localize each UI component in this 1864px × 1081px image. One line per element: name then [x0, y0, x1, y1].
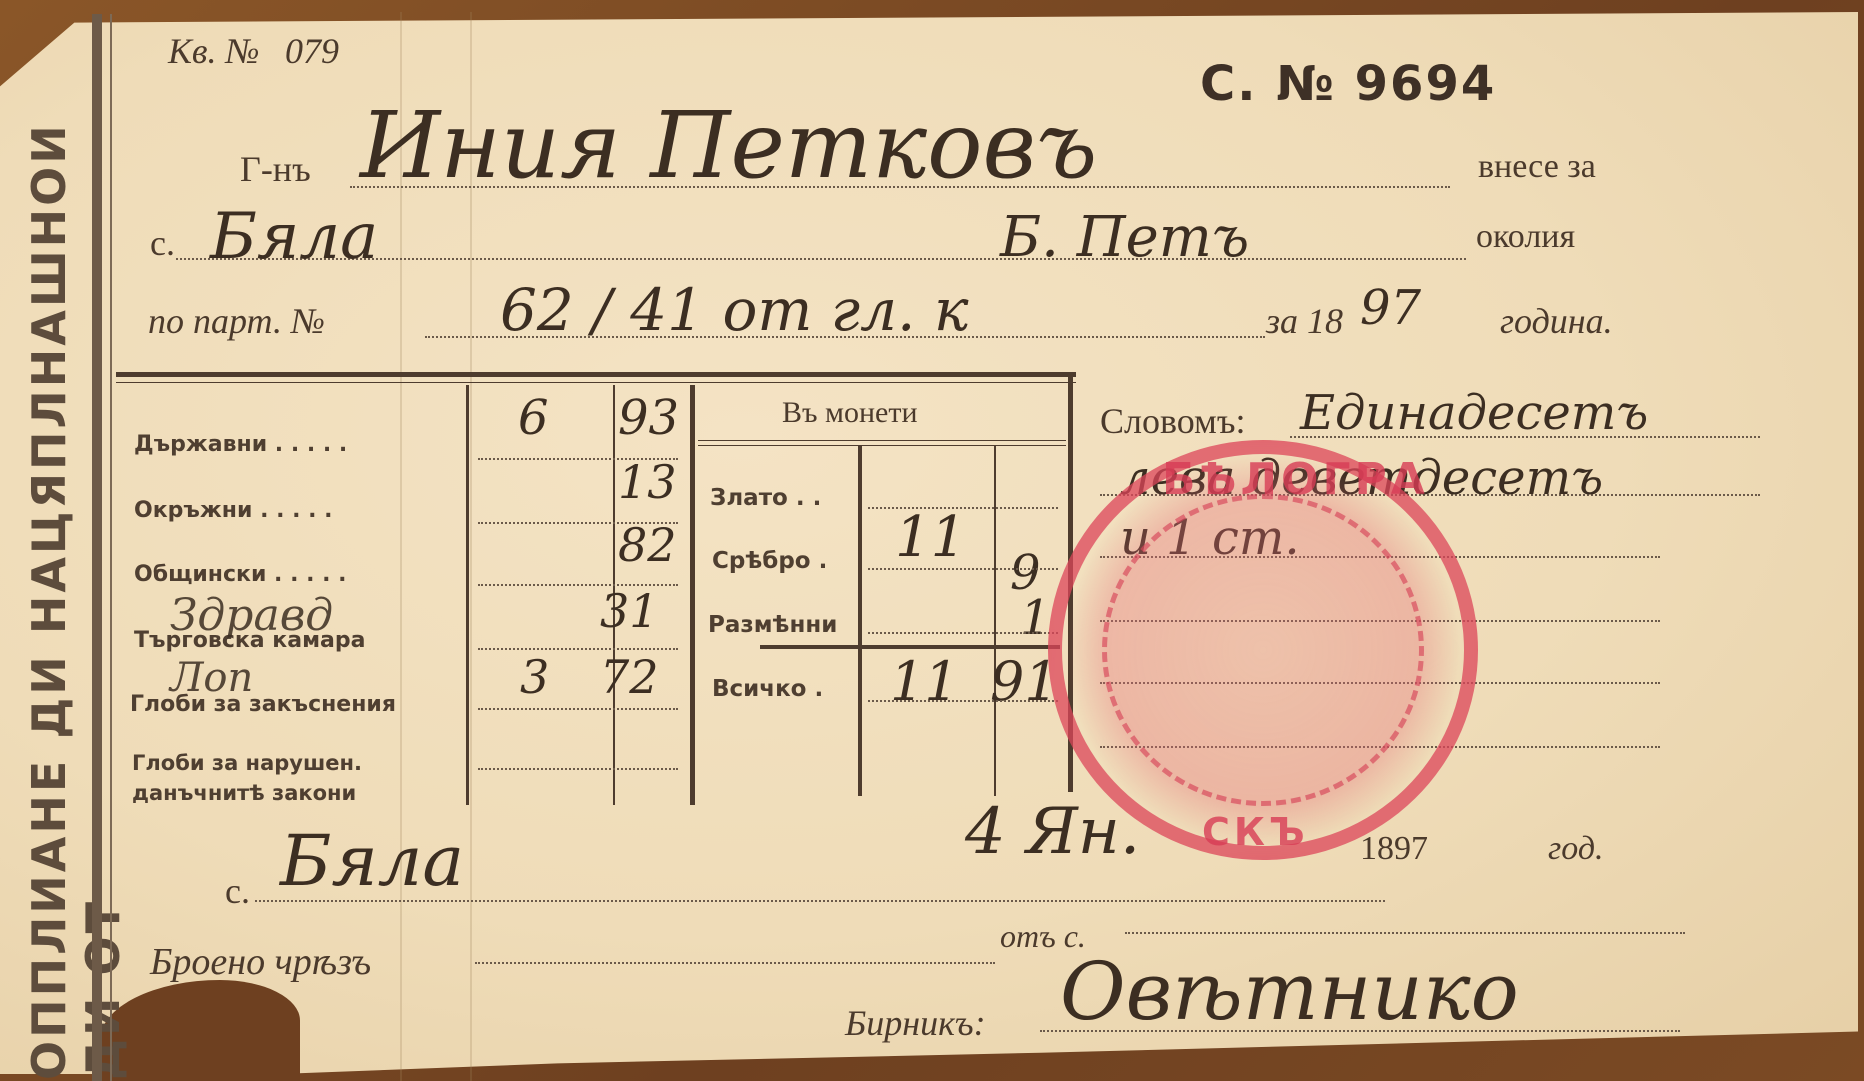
coin-row-stotinki: 1	[1020, 590, 1051, 646]
party-label: по парт. №	[148, 300, 325, 342]
coins-table-top	[695, 372, 1075, 377]
tax-row-line	[478, 708, 678, 710]
tax-row-stotinki: 13	[618, 455, 677, 509]
coins-column-divider	[994, 446, 996, 796]
receipt-number-label: Кв. №	[168, 30, 259, 72]
place-label: с.	[225, 870, 250, 912]
tax-row-label: Глоби за нарушен. данъчнитѣ закони	[132, 748, 452, 808]
coin-row-label: Срѣбро .	[712, 548, 827, 574]
receipt-number-value: 079	[285, 30, 339, 72]
tax-row-leva: 6	[518, 390, 549, 446]
counted-line	[475, 962, 995, 964]
serial-value: 9694	[1355, 56, 1497, 112]
counted-label: Броено чрѣзъ	[150, 940, 371, 984]
coin-row-leva: 11	[895, 505, 966, 570]
in-words-label: Словомъ:	[1100, 400, 1245, 442]
from-line	[1125, 932, 1685, 934]
coin-row-line	[868, 568, 1058, 570]
coin-row-label: Всичко .	[712, 676, 823, 702]
margin-note: Здравд	[170, 590, 333, 641]
margin-note: Лоп	[170, 655, 253, 701]
tax-row-stotinki: 82	[618, 518, 677, 572]
stub-border-thin	[110, 14, 112, 1081]
coins-header-rule	[698, 440, 1066, 446]
tax-row-stotinki: 93	[618, 390, 679, 446]
table-column-divider	[690, 385, 695, 805]
coin-row-line	[868, 632, 1058, 634]
serial-label: С. №	[1200, 56, 1336, 112]
in-words-line1: Единадесетъ	[1300, 385, 1648, 441]
coin-row-line	[868, 700, 1058, 702]
collector-signature: Овѣтнико	[1060, 945, 1519, 1038]
district-value: Б. Петъ	[1000, 205, 1249, 270]
collector-label: Бирникъ:	[845, 1002, 986, 1044]
seal-bottom-text: СКЪ	[1202, 810, 1309, 854]
tax-row-label: Общински . . . . .	[134, 562, 346, 587]
stub-border	[92, 14, 102, 1081]
table-top-border-thin	[116, 382, 1076, 383]
footer-year-suffix: год.	[1548, 830, 1604, 868]
payer-value: Иния Петковъ	[360, 92, 1097, 199]
coin-row-label: Размѣнни	[708, 612, 837, 638]
tax-row-leva: 3	[520, 650, 549, 704]
serial-number: С. № 9694	[1200, 56, 1496, 112]
coins-sum-rule	[760, 645, 1060, 649]
footer-year: 1897	[1360, 830, 1428, 868]
seal-inner-ring	[1102, 494, 1424, 806]
payer-suffix: внесе за	[1478, 148, 1596, 186]
date-value: 4 Ян.	[965, 795, 1140, 869]
district-suffix: околия	[1476, 218, 1575, 256]
year-label: за 18	[1266, 300, 1343, 342]
place-value: Бяла	[280, 820, 464, 902]
village-value: Бяла	[210, 200, 378, 274]
tax-row-stotinki: 72	[600, 650, 659, 704]
party-value: 62 / 41 от гл. к	[500, 276, 969, 344]
village-label: с.	[150, 222, 175, 264]
year-value: 97	[1360, 280, 1421, 336]
tax-row-label: Държавни . . . . .	[134, 432, 347, 457]
seal-top-text: БѢЛОГРА	[1162, 454, 1429, 505]
coin-row-leva: 11	[890, 650, 959, 713]
payer-label: Г-нъ	[240, 148, 311, 190]
tax-row-line	[478, 768, 678, 770]
stub-vertical-text: ОППЛИАНЕ ДИ НАЦЯПЛНАШНОИ ДИ ОТ	[22, 90, 82, 1080]
coins-column-divider	[858, 446, 862, 796]
year-suffix: година.	[1500, 300, 1613, 342]
coins-header: Въ монети	[782, 396, 918, 430]
tax-row-label: Окръжни . . . . .	[134, 498, 333, 523]
coin-row-label: Злато . .	[710, 485, 821, 511]
tax-row-stotinki: 31	[600, 584, 659, 638]
table-column-divider	[466, 385, 469, 805]
